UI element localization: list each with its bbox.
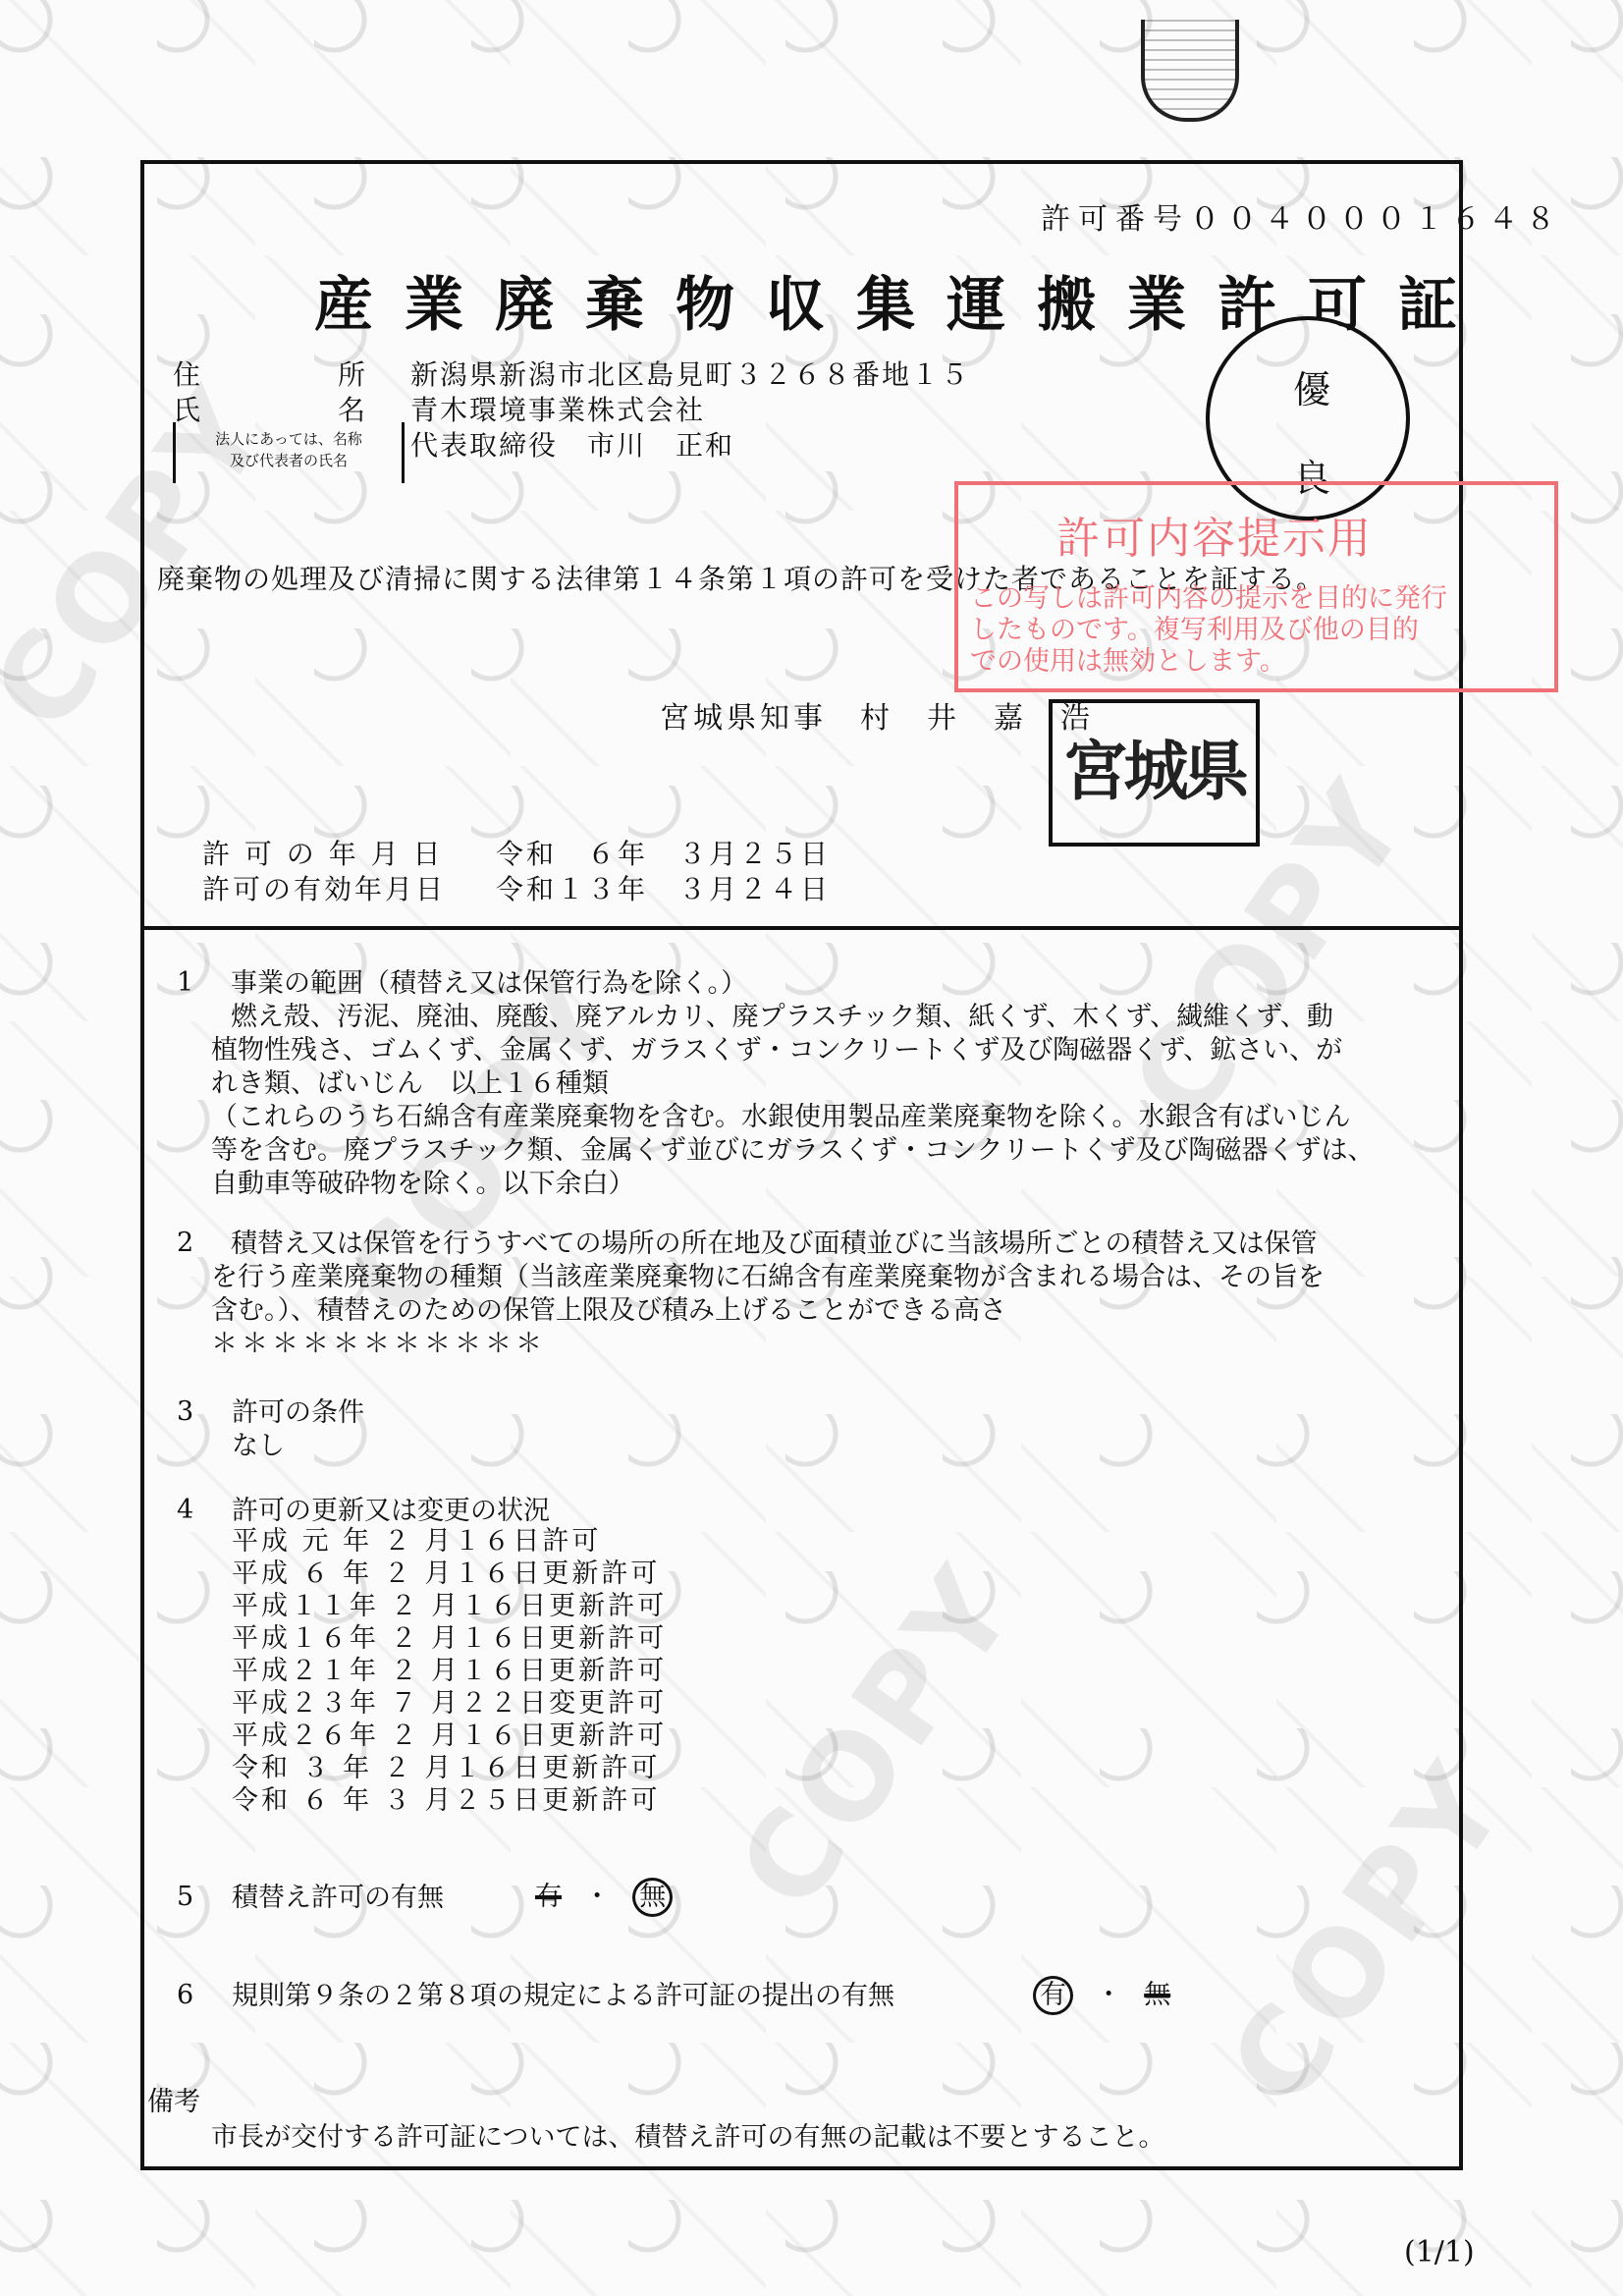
history-item: 令和 ３ 年 ２ 月１６日更新許可 [232, 1752, 667, 1784]
history-item: 平成１１年 ２ 月１６日更新許可 [232, 1590, 667, 1622]
section-3-number: 3 [177, 1396, 193, 1427]
permit-number-value: ００４０００１６４８ [1190, 202, 1563, 237]
permit-date: 令和 ６年 ３月２５日 [496, 833, 831, 872]
section-2-line: 積替え又は保管を行うすべての場所の所在地及び面積並びに当該場所ごとの積替え又は保… [231, 1228, 1409, 1261]
renewal-history-list: 平成 元 年 ２ 月１６日許可 平成 ６ 年 ２ 月１６日更新許可 平成１１年 … [232, 1525, 667, 1817]
remarks-text: 市長が交付する許可証については、積替え許可の有無の記載は不要とすること。 [211, 2121, 1164, 2155]
section-1-line: 植物性残さ、ゴムくず、金属くず、ガラスくず・コンクリートくず及び陶磁器くず、鉱さ… [211, 1034, 1409, 1067]
remarks-label: 備考 [147, 2086, 200, 2119]
expiry-date: 令和１３年 ３月２４日 [496, 868, 831, 907]
option-no-struck: 無 [1144, 1980, 1170, 2010]
section-2-storage-sites: 積替え又は保管を行うすべての場所の所在地及び面積並びに当該場所ごとの積替え又は保… [211, 1228, 1409, 1361]
permit-number-label: 許可番号 [1041, 202, 1190, 237]
disclosure-overlay: 許可内容提示用 この写しは許可内容の提示を目的に発行 したものです。複写利用及び… [954, 481, 1558, 692]
option-separator: ・ [584, 1882, 611, 1912]
overlay-notice: この写しは許可内容の提示を目的に発行 したものです。複写利用及び他の目的 での使… [970, 583, 1447, 678]
section-6-heading: 規則第９条の２第８項の規定による許可証の提出の有無 [232, 1980, 894, 2013]
excellence-stamp-top: 優 [1293, 359, 1330, 413]
overlay-title: 許可内容提示用 [1056, 503, 1373, 566]
section-1-line: 等を含む。廃プラスチック類、金属くず並びにガラスくず・コンクリートくず及び陶磁器… [211, 1134, 1409, 1168]
section-6-number: 6 [177, 1980, 193, 2010]
section-1-line: れき類、ばいじん 以上１６種類 [211, 1067, 1409, 1101]
address-value: 新潟県新潟市北区島見町３２６８番地１５ [410, 354, 970, 393]
company-name: 青木環境事業株式会社 [410, 389, 705, 428]
option-separator: ・ [1096, 1980, 1122, 2010]
section-divider [140, 926, 1463, 930]
section-1-line: （これらのうち石綿含有産業廃棄物を含む。水銀使用製品産業廃棄物を除く。水銀含有ば… [211, 1101, 1409, 1134]
name-note-line: 及び代表者の氏名 [176, 450, 402, 471]
section-1-line: 自動車等破砕物を除く。以下余白） [211, 1168, 1409, 1201]
section-6-options: 有 ・ 無 [1033, 1976, 1170, 2015]
representative-name: 代表取締役 市川 正和 [410, 424, 734, 464]
section-4-heading: 許可の更新又は変更の状況 [232, 1495, 1430, 1528]
issuer-name: 宮城県知事 村 井 嘉 浩 [660, 693, 1094, 737]
history-item: 平成１６年 ２ 月１６日更新許可 [232, 1622, 667, 1655]
section-2-value: ＊＊＊＊＊＊＊＊＊＊＊ [211, 1328, 1409, 1361]
section-1-line: 燃え殻、汚泥、廃油、廃酸、廃アルカリ、廃プラスチック類、紙くず、木くず、繊維くず… [231, 1001, 1409, 1034]
section-5-number: 5 [177, 1882, 193, 1912]
permit-number: 許可番号００４０００１６４８ [1041, 194, 1563, 238]
history-item: 平成２１年 ２ 月１６日更新許可 [232, 1655, 667, 1687]
official-seal: 宮城県知事印 [1049, 699, 1260, 847]
section-5-options: 有 ・ 無 [535, 1878, 673, 1917]
name-note: 法人にあっては、名称 及び代表者の氏名 [173, 422, 405, 483]
history-item: 平成２６年 ２ 月１６日更新許可 [232, 1720, 667, 1752]
permit-date-label: 許 可 の 年 月 日 [202, 833, 444, 872]
address-label: 住 所 [173, 354, 365, 393]
section-1-heading: 事業の範囲（積替え又は保管行為を除く。） [231, 967, 1409, 1001]
option-yes-struck: 有 [535, 1882, 562, 1912]
history-item: 令和 ６ 年 ３ 月２５日更新許可 [232, 1784, 667, 1817]
option-yes-circled: 有 [1033, 1976, 1073, 2015]
name-note-line: 法人にあっては、名称 [176, 428, 402, 450]
section-3-heading: 許可の条件 [232, 1396, 1430, 1430]
option-no-circled: 無 [632, 1878, 673, 1917]
section-2-line: を行う産業廃棄物の種類（当該産業廃棄物に石綿含有産業廃棄物が含まれる場合は、その… [211, 1261, 1409, 1294]
history-item: 平成 ６ 年 ２ 月１６日更新許可 [232, 1558, 667, 1590]
page-indicator: (1/1) [1404, 2235, 1475, 2269]
section-5-heading: 積替え許可の有無 [232, 1882, 444, 1915]
expiry-date-label: 許可の有効年月日 [202, 868, 446, 907]
section-4-number: 4 [177, 1495, 193, 1525]
section-3-value: なし [232, 1430, 1430, 1463]
section-1-business-scope: 事業の範囲（積替え又は保管行為を除く。） 燃え殻、汚泥、廃油、廃酸、廃アルカリ、… [211, 967, 1409, 1201]
history-item: 平成 元 年 ２ 月１６日許可 [232, 1525, 667, 1558]
section-3-conditions: 許可の条件 なし [232, 1396, 1430, 1463]
section-2-number: 2 [177, 1228, 193, 1258]
history-item: 平成２３年 ７ 月２２日変更許可 [232, 1687, 667, 1720]
section-1-number: 1 [177, 967, 193, 998]
prefecture-emblem-icon [1141, 20, 1239, 122]
section-2-line: 含む。）、積替えのための保管上限及び積み上げることができる高さ [211, 1294, 1409, 1328]
